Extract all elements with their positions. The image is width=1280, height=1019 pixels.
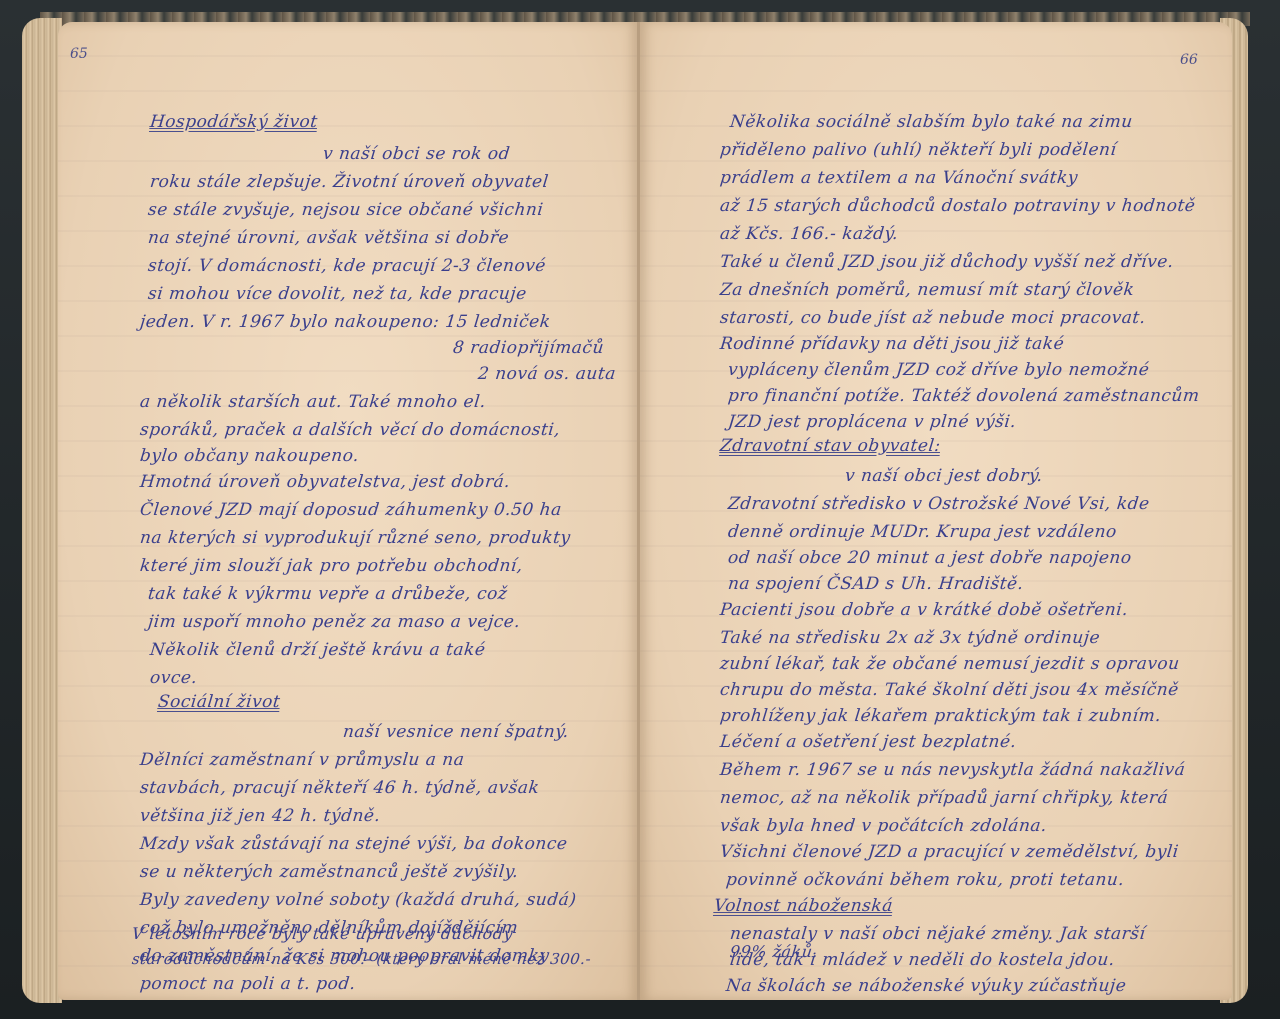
text-line: prádlem a textilem a na Vánoční svátky xyxy=(719,168,1079,188)
text-line: chrupu do města. Také školní děti jsou 4… xyxy=(719,680,1180,700)
text-line: až Kčs. 166.- každý. xyxy=(719,224,899,244)
section-heading-social: Sociální život xyxy=(157,692,281,712)
text-line: Také u členů JZD jsou již důchody vyšší … xyxy=(719,252,1175,272)
text-line: stojí. V domácnosti, kde pracují 2-3 čle… xyxy=(147,256,547,276)
text-line-bottom: starodůchodcům na Kčs 300.- (který bral … xyxy=(131,950,592,968)
text-line: pomoct na poli a t. pod. xyxy=(139,974,357,994)
text-line: JZD jest proplácena v plné výši. xyxy=(727,412,1017,432)
text-line: v naší obci jest dobrý. xyxy=(844,466,1044,486)
text-line: v naší obci se rok od xyxy=(322,144,511,164)
text-line: na stejné úrovni, avšak většina si dobře xyxy=(147,228,510,248)
text-line-bottom: V letošním roce byly také upraveny důcho… xyxy=(131,924,514,943)
text-line-bottom: 99% žáků. xyxy=(729,942,819,961)
text-line: nenastaly v naší obci nějaké změny. Jak … xyxy=(729,924,1147,944)
text-line: se stále zvyšuje, nejsou sice občané vši… xyxy=(147,200,544,220)
text-line: jim uspoří mnoho peněz za maso a vejce. xyxy=(147,612,521,632)
text-line: Během r. 1967 se u nás nevyskytla žádná … xyxy=(719,760,1186,780)
text-line: bylo občany nakoupeno. xyxy=(139,446,360,466)
left-page: 65 Hospodářský život v naší obci se rok … xyxy=(58,22,638,1000)
text-line: si mohou více dovolit, než ta, kde pracu… xyxy=(147,284,528,304)
text-line: jeden. V r. 1967 bylo nakoupeno: 15 ledn… xyxy=(139,312,552,332)
text-line: Mzdy však zůstávají na stejné výši, ba d… xyxy=(139,834,569,854)
text-line: sporáků, praček a dalších věcí do domácn… xyxy=(139,420,561,440)
section-heading-health: Zdravotní stav obyvatel: xyxy=(719,436,942,456)
text-line: Za dnešních poměrů, nemusí mít starý člo… xyxy=(719,280,1135,300)
text-line: roku stále zlepšuje. Životní úroveň obyv… xyxy=(149,172,550,192)
text-line: Hmotná úroveň obyvatelstva, jest dobrá. xyxy=(139,472,511,492)
text-line: Zdravotní středisko v Ostrožské Nové Vsi… xyxy=(727,494,1151,514)
page-number-right: 66 xyxy=(1180,52,1198,68)
text-line: 8 radiopřijímačů xyxy=(452,338,605,358)
page-number-left: 65 xyxy=(70,46,88,62)
text-line: Byly zavedeny volné soboty (každá druhá,… xyxy=(139,890,578,910)
text-line: na spojení ČSAD s Uh. Hradiště. xyxy=(727,574,1025,594)
text-line: však byla hned v počátcích zdolána. xyxy=(719,816,1048,836)
text-line: a několik starších aut. Také mnoho el. xyxy=(139,392,487,412)
text-line: povinně očkováni během roku, proti tetan… xyxy=(725,870,1125,890)
text-line: až 15 starých důchodců dostalo potraviny… xyxy=(719,196,1196,216)
section-heading-economic: Hospodářský život xyxy=(149,112,319,132)
section-heading-religion: Volnost náboženská xyxy=(713,896,894,916)
text-line: Členové JZD mají doposud záhumenky 0.50 … xyxy=(139,500,563,520)
text-line: zubní lékař, tak že občané nemusí jezdit… xyxy=(719,654,1181,674)
text-line: Také na středisku 2x až 3x týdně ordinuj… xyxy=(719,628,1101,648)
text-line: ovce. xyxy=(149,668,198,688)
text-line: stavbách, pracují někteří 46 h. týdně, a… xyxy=(139,778,540,798)
text-line: přiděleno palivo (uhlí) někteří byli pod… xyxy=(719,140,1118,160)
text-line: pro finanční potíže. Taktéž dovolená zam… xyxy=(727,386,1201,406)
text-line: Několik členů drží ještě krávu a také xyxy=(149,640,487,660)
text-line: Všichni členové JZD a pracující v zemědě… xyxy=(719,842,1180,862)
text-line: většina již jen 42 h. týdně. xyxy=(139,806,382,826)
book-cover: 65 Hospodářský život v naší obci se rok … xyxy=(0,0,1280,1019)
text-line: které jim slouží jak pro potřebu obchodn… xyxy=(139,556,524,576)
text-line: Několika sociálně slabším bylo také na z… xyxy=(729,112,1134,132)
text-line: Rodinné přídavky na děti jsou již také xyxy=(719,334,1065,354)
text-line: starosti, co bude jíst až nebude moci pr… xyxy=(719,308,1147,328)
text-line: prohlíženy jak lékařem praktickým tak i … xyxy=(719,706,1162,726)
text-line: vypláceny členům JZD což dříve bylo nemo… xyxy=(727,360,1150,380)
text-line: denně ordinuje MUDr. Krupa jest vzdáleno xyxy=(727,522,1118,542)
text-line: tak také k výkrmu vepře a drůbeže, což xyxy=(147,584,508,604)
text-line: se u některých zaměstnanců ještě zvýšily… xyxy=(139,862,520,882)
text-line: 2 nová os. auta xyxy=(477,364,617,384)
text-line: od naší obce 20 minut a jest dobře napoj… xyxy=(727,548,1133,568)
text-line: na kterých si vyprodukují různé seno, pr… xyxy=(139,528,572,548)
text-line: Dělníci zaměstnaní v průmyslu a na xyxy=(139,750,466,770)
text-line: Pacienti jsou dobře a v krátké době ošet… xyxy=(719,600,1129,620)
page-stack-left xyxy=(22,18,62,1003)
text-line: naší vesnice není špatný. xyxy=(342,722,570,742)
text-line: Na školách se náboženské výuky zúčastňuj… xyxy=(725,976,1127,996)
text-line: nemoc, až na několik případů jarní chřip… xyxy=(719,788,1169,808)
text-line: Léčení a ošetření jest bezplatné. xyxy=(719,732,1018,752)
right-page: 66 Několika sociálně slabším bylo také n… xyxy=(640,22,1232,1000)
